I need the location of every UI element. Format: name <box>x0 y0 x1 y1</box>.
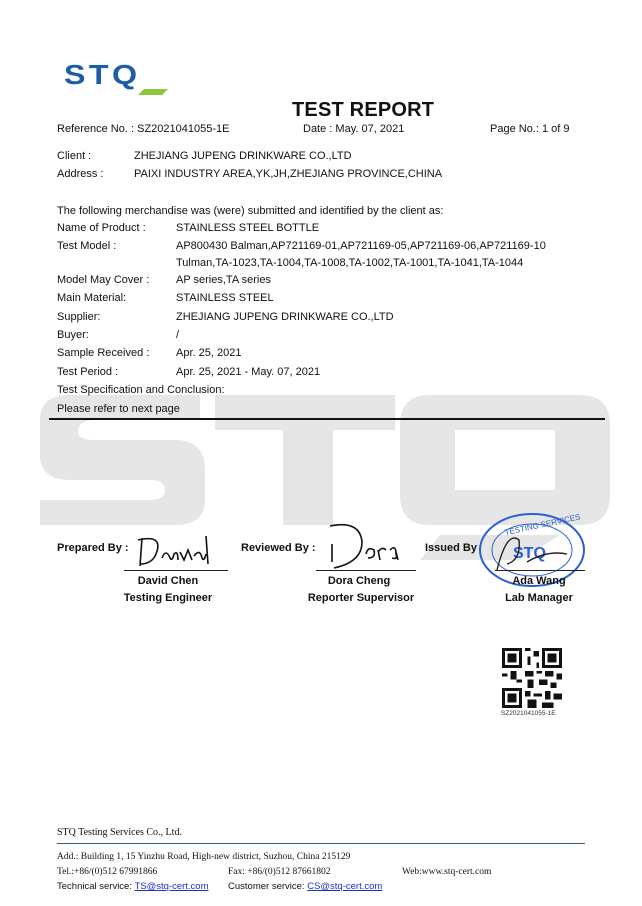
test-model-cont: Tulman,TA-1023,TA-1004,TA-1008,TA-1002,T… <box>176 257 523 270</box>
reviewed-by-label: Reviewed By : <box>241 542 316 554</box>
prepared-by-label: Prepared By : <box>57 542 129 554</box>
spec-label: Test Specification and Conclusion: <box>57 384 225 397</box>
main-material: STAINLESS STEEL <box>176 292 274 305</box>
footer-web: Web:www.stq-cert.com <box>402 867 491 877</box>
test-period: Apr. 25, 2021 - May. 07, 2021 <box>176 366 320 379</box>
field-label: Name of Product : <box>57 222 146 235</box>
issued-name: Ada Wang <box>479 575 599 587</box>
issued-title: Lab Manager <box>479 592 599 604</box>
qr-code <box>502 648 562 708</box>
buyer: / <box>176 329 179 342</box>
merchandise-intro: The following merchandise was (were) sub… <box>57 205 443 218</box>
sample-received: Apr. 25, 2021 <box>176 347 241 360</box>
reviewed-signature-line <box>316 570 416 571</box>
report-date: Date : May. 07, 2021 <box>303 123 404 136</box>
issued-signature-line <box>495 570 585 571</box>
footer-divider <box>57 843 585 844</box>
field-label: Buyer: <box>57 329 89 342</box>
page-title: TEST REPORT <box>292 99 434 122</box>
field-label: Test Model : <box>57 240 116 253</box>
product-name: STAINLESS STEEL BOTTLE <box>176 222 319 235</box>
prepared-title: Testing Engineer <box>108 592 228 604</box>
qr-caption: SZ2021041055-1E <box>501 710 556 717</box>
address-value: PAIXI INDUSTRY AREA,YK,JH,ZHEJIANG PROVI… <box>134 168 442 181</box>
customer-email-link[interactable]: CS@stq-cert.com <box>307 881 382 892</box>
footer-company: STQ Testing Services Co., Ltd. <box>57 827 182 838</box>
address-label: Address : <box>57 168 103 181</box>
dora-signature <box>320 520 400 570</box>
issued-by-label: Issued By <box>425 542 477 554</box>
page-number: Page No.: 1 of 9 <box>490 123 570 136</box>
tech-email-link[interactable]: TS@stq-cert.com <box>134 881 208 892</box>
spec-value: Please refer to next page <box>57 403 180 416</box>
reviewed-name: Dora Cheng <box>299 575 419 587</box>
reviewed-title: Reporter Supervisor <box>296 592 426 604</box>
field-label: Test Period : <box>57 366 118 379</box>
prepared-signature-line <box>124 570 228 571</box>
model-cover: AP series,TA series <box>176 274 271 287</box>
supplier: ZHEJIANG JUPENG DRINKWARE CO.,LTD <box>176 311 394 324</box>
field-label: Model May Cover : <box>57 274 149 287</box>
footer-address: Add.: Building 1, 15 Yinzhu Road, High-n… <box>57 852 350 862</box>
divider <box>49 418 605 420</box>
david-signature <box>134 530 214 570</box>
test-model: AP800430 Balman,AP721169-01,AP721169-05,… <box>176 240 546 253</box>
stq-logo: STQ <box>64 60 176 96</box>
field-label: Supplier: <box>57 311 100 324</box>
field-label: Main Material: <box>57 292 126 305</box>
footer-tech-service: Technical service: TS@stq-cert.com <box>57 881 209 892</box>
svg-text:STQ: STQ <box>64 60 141 90</box>
prepared-name: David Chen <box>108 575 228 587</box>
footer-tel: Tel.:+86/(0)512 67991866 <box>57 867 157 877</box>
footer-fax: Fax: +86/(0)512 87661802 <box>228 867 330 877</box>
reference-number: Reference No. : SZ2021041055-1E <box>57 123 229 136</box>
field-label: Sample Received : <box>57 347 149 360</box>
footer-customer-service: Customer service: CS@stq-cert.com <box>228 881 382 892</box>
client-value: ZHEJIANG JUPENG DRINKWARE CO.,LTD <box>134 150 352 163</box>
client-label: Client : <box>57 150 91 163</box>
